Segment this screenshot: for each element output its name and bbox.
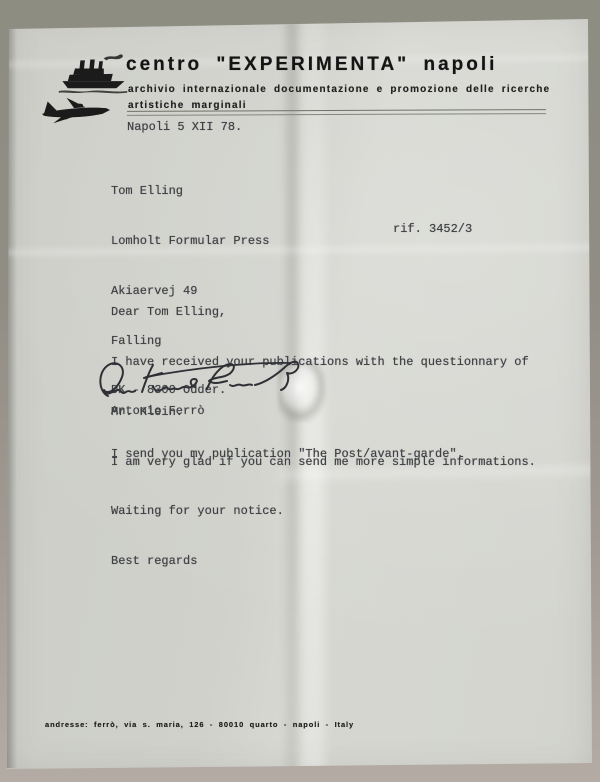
date-line: Napoli 5 XII 78. [127,119,242,136]
jet-airplane-icon [38,94,114,128]
letterhead-title: centro "EXPERIMENTA" napoli [126,54,497,76]
signer-name: Antonio Ferrò [111,403,205,420]
letter-body: Dear Tom Elling, I have received your pu… [111,271,536,603]
paper-edge-shadow [7,28,17,768]
footer-address: andresse: ferrò, via s. maria, 126 - 800… [45,720,354,729]
steamship-icon [57,50,129,96]
body-line: Best regards [111,553,536,570]
body-line: Dear Tom Elling, [111,304,536,321]
letter-paper: centro "EXPERIMENTA" napoli archivio int… [0,0,600,782]
fold-crease-middle [0,244,600,255]
letterhead-rule [127,109,546,115]
body-line: Waiting for your notice. [111,503,536,520]
letterhead-subtitle-line1: archivio internazionale documentazione e… [128,84,550,95]
recipient-line: Lomholt Formular Press [111,233,269,250]
recipient-line: Tom Elling [111,183,269,200]
photo-scene: centro "EXPERIMENTA" napoli archivio int… [0,0,600,782]
postscript-line: I send you my publication "The Post/avan… [111,446,464,463]
reference-number: rif. 3452/3 [393,221,472,238]
letterhead-subtitle-line2: artistiche marginali [128,100,247,111]
